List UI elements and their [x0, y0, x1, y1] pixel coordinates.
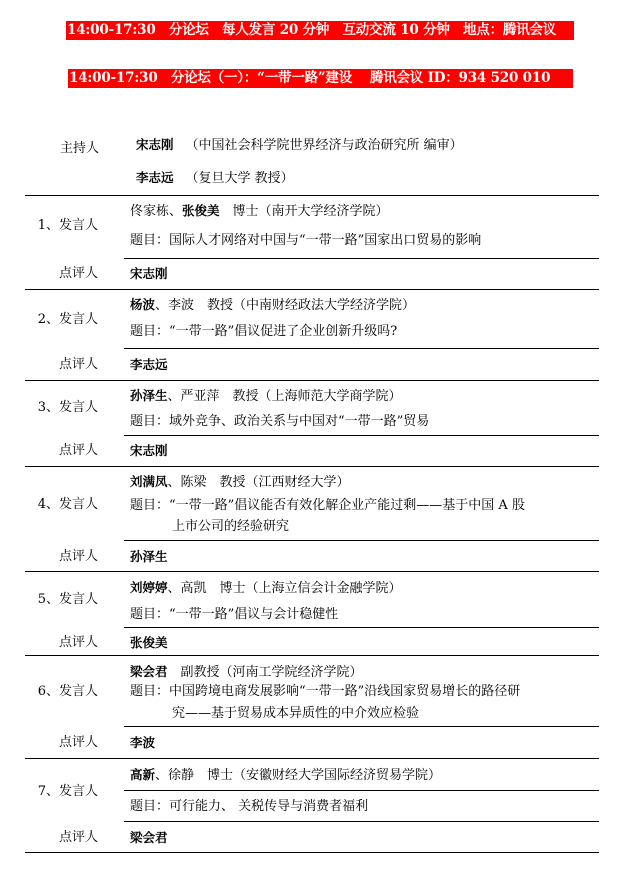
discussant-name: 李波	[130, 735, 155, 751]
divider	[25, 852, 599, 853]
divider	[124, 821, 599, 822]
divider	[124, 435, 599, 436]
host-label: 主持人	[60, 137, 99, 156]
divider	[25, 289, 599, 290]
paper-title: 题目：国际人才网络对中国与“一带一路”国家出口贸易的影响	[130, 233, 481, 249]
schedule-banner: 14:00-17:30 分论坛 每人发言 20 分钟 互动交流 10 分钟 地点…	[66, 21, 574, 40]
host-name: 宋志刚	[136, 137, 174, 152]
speaker-authors: 高新、徐静 博士（安徽财经大学国际经济贸易学院）	[130, 767, 441, 784]
divider	[25, 571, 599, 572]
discussant-name: 宋志刚	[130, 443, 168, 459]
speaker-label: 3、发言人	[8, 400, 98, 416]
author-affiliation: 、高凯 博士（上海立信会计金融学院）	[168, 581, 402, 596]
divider	[25, 655, 599, 656]
divider	[25, 758, 599, 759]
author-affiliation: 博士（南开大学经济学院）	[220, 204, 389, 219]
speaker-authors: 佟家栋、张俊美 博士（南开大学经济学院）	[130, 203, 389, 220]
host-item: 李志远（复旦大学 教授）	[136, 170, 294, 187]
speaker-authors: 刘婷婷、高凯 博士（上海立信会计金融学院）	[130, 580, 402, 597]
paper-title-continued: 上市公司的经验研究	[172, 519, 289, 535]
discussant-label: 点评人	[8, 357, 98, 373]
speaker-label: 4、发言人	[8, 497, 98, 513]
discussant-name: 张俊美	[130, 635, 168, 651]
discussant-label: 点评人	[8, 266, 98, 282]
paper-title: 题目：“一带一路”倡议能否有效化解企业产能过剩——基于中国 A 股	[130, 498, 525, 514]
discussant-label: 点评人	[8, 443, 98, 459]
forum-banner: 14:00-17:30 分论坛（一）：“一带一路”建设 腾讯会议 ID：934 …	[68, 69, 573, 88]
speaker-authors: 梁会君 副教授（河南工学院经济学院）	[130, 664, 363, 681]
host-name: 李志远	[136, 170, 174, 185]
discussant-label: 点评人	[8, 735, 98, 751]
discussant-label: 点评人	[8, 635, 98, 651]
discussant-name: 李志远	[130, 357, 168, 373]
divider	[124, 627, 599, 628]
author-affiliation: 副教授（河南工学院经济学院）	[168, 665, 363, 680]
author-bold: 张俊美	[182, 203, 220, 218]
speaker-label: 1、发言人	[8, 218, 98, 234]
author-bold: 高新	[130, 767, 155, 782]
divider	[124, 348, 599, 349]
speaker-authors: 刘满凤、陈梁 教授（江西财经大学）	[130, 474, 350, 491]
speaker-label: 2、发言人	[8, 312, 98, 328]
divider	[25, 466, 599, 467]
paper-title: 题目：“一带一路”倡议促进了企业创新升级吗?	[130, 324, 397, 340]
paper-title: 题目：“一带一路”倡议与会计稳健性	[130, 607, 338, 623]
author-bold: 刘满凤	[130, 474, 168, 489]
author-bold: 孙泽生	[130, 388, 168, 403]
divider	[124, 726, 599, 727]
author-affiliation: 、严亚萍 教授（上海师范大学商学院）	[168, 389, 402, 404]
discussant-label: 点评人	[8, 549, 98, 565]
author-bold: 刘婷婷	[130, 580, 168, 595]
divider	[124, 258, 599, 259]
speaker-label: 7、发言人	[8, 784, 98, 800]
speaker-label: 6、发言人	[8, 684, 98, 700]
author-plain: 佟家栋、	[130, 204, 182, 219]
paper-title: 题目：可行能力、 关税传导与消费者福利	[130, 799, 368, 815]
discussant-name: 孙泽生	[130, 549, 168, 565]
author-affiliation: 、李波 教授（中南财经政法大学经济学院）	[155, 298, 415, 313]
author-bold: 杨波	[130, 297, 155, 312]
host-affiliation: （中国社会科学院世界经济与政治研究所 编审）	[186, 138, 463, 153]
paper-title: 题目：中国跨境电商发展影响“一带一路”沿线国家贸易增长的路径研	[130, 684, 520, 700]
speaker-authors: 杨波、李波 教授（中南财经政法大学经济学院）	[130, 297, 415, 314]
divider	[25, 195, 599, 196]
paper-title-continued: 究——基于贸易成本异质性的中介效应检验	[172, 706, 419, 722]
discussant-label: 点评人	[8, 830, 98, 846]
divider	[124, 790, 599, 791]
host-item: 宋志刚（中国社会科学院世界经济与政治研究所 编审）	[136, 137, 463, 154]
author-affiliation: 、徐静 博士（安徽财经大学国际经济贸易学院）	[155, 768, 441, 783]
discussant-name: 梁会君	[130, 830, 168, 846]
author-affiliation: 、陈梁 教授（江西财经大学）	[168, 475, 350, 490]
speaker-label: 5、发言人	[8, 592, 98, 608]
author-bold: 梁会君	[130, 664, 168, 679]
divider	[124, 540, 599, 541]
divider	[25, 380, 599, 381]
discussant-name: 宋志刚	[130, 266, 168, 282]
speaker-authors: 孙泽生、严亚萍 教授（上海师范大学商学院）	[130, 388, 402, 405]
host-affiliation: （复旦大学 教授）	[186, 171, 294, 186]
paper-title: 题目：域外竞争、政治关系与中国对“一带一路”贸易	[130, 414, 429, 430]
